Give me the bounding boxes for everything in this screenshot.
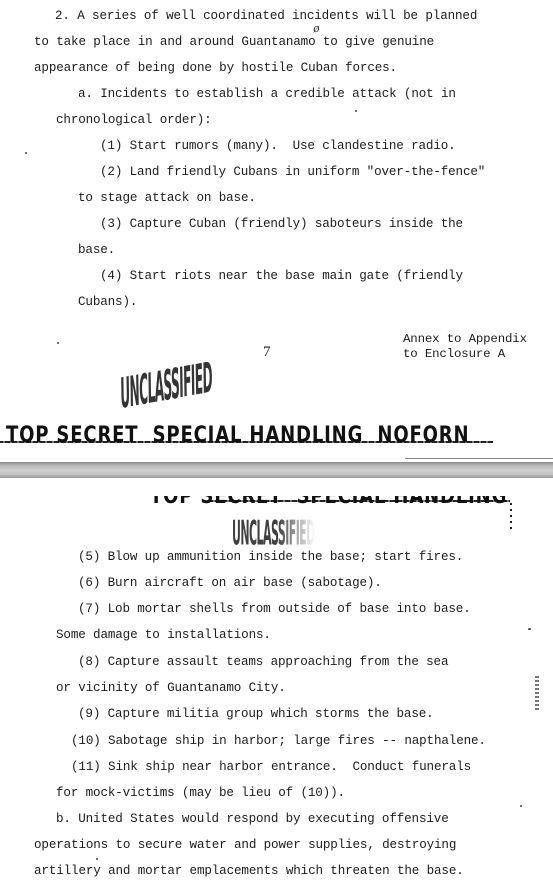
text-line: (8) Capture assault teams approaching fr… <box>78 654 448 670</box>
unclassified-stamp: UNCLASSIFIED <box>232 512 315 553</box>
text-line: (5) Blow up ammunition inside the base; … <box>78 549 463 565</box>
annex-label-line-1: Annex to Appendix <box>403 332 527 347</box>
text-line: (6) Burn aircraft on air base (sabotage)… <box>78 575 382 591</box>
text-line: (10) Sabotage ship in harbor; large fire… <box>71 733 486 749</box>
document-page-7: 2. A series of well coordinated incident… <box>0 0 553 462</box>
text-line: artillery and mortar emplacements which … <box>34 863 464 879</box>
text-line: (2) Land friendly Cubans in uniform "ove… <box>100 164 485 180</box>
text-line: Cubans). <box>78 294 137 310</box>
text-line: Some damage to installations. <box>56 627 271 643</box>
unclassified-stamp: UNCLASSIFIED <box>120 355 212 419</box>
text-line: to take place in and around Guantanamo t… <box>34 34 434 50</box>
scan-speck <box>96 858 98 860</box>
document-viewer[interactable]: 2. A series of well coordinated incident… <box>0 0 553 881</box>
text-line: (9) Capture militia group which storms t… <box>78 706 434 722</box>
banner-text: TOP SECRET SPECIAL HANDLING NOFORN <box>150 496 510 509</box>
handwritten-annotation: ø <box>312 22 320 36</box>
text-line: (7) Lob mortar shells from outside of ba… <box>78 601 471 617</box>
text-line: (1) Start rumors (many). Use clandestine… <box>100 138 456 154</box>
scan-speck <box>25 152 27 154</box>
annex-label-line-2: to Enclosure A <box>403 347 505 362</box>
text-line: chronological order): <box>56 112 212 128</box>
scan-artifact <box>510 503 512 533</box>
text-line: (3) Capture Cuban (friendly) saboteurs i… <box>100 216 463 232</box>
page-separator <box>0 462 553 478</box>
scan-speck <box>355 110 357 112</box>
text-line: 2. A series of well coordinated incident… <box>55 8 477 24</box>
banner-text: TOP SECRET SPECIAL HANDLING NOFORN <box>6 425 469 448</box>
scan-speck <box>520 805 522 807</box>
classification-banner: TOP SECRET SPECIAL HANDLING NOFORN <box>0 425 553 453</box>
classification-banner-cut: TOP SECRET SPECIAL HANDLING NOFORN <box>150 496 510 518</box>
text-line: (11) Sink ship near harbor entrance. Con… <box>71 759 471 775</box>
text-line: (4) Start riots near the base main gate … <box>100 268 463 284</box>
text-line: base. <box>78 242 115 258</box>
scan-speck <box>528 628 531 630</box>
text-line: to stage attack on base. <box>78 190 256 206</box>
page-number: 7 <box>263 344 270 360</box>
text-line: appearance of being done by hostile Cuba… <box>34 60 397 76</box>
scan-artifact <box>405 458 553 459</box>
scan-artifact <box>535 676 539 710</box>
text-line: or vicinity of Guantanamo City. <box>56 680 286 696</box>
text-line: a. Incidents to establish a credible att… <box>78 86 456 102</box>
text-line: for mock-victims (may be lieu of (10)). <box>56 785 345 801</box>
text-line: operations to secure water and power sup… <box>34 837 456 853</box>
text-line: b. United States would respond by execut… <box>56 811 449 827</box>
scan-speck <box>57 342 59 344</box>
